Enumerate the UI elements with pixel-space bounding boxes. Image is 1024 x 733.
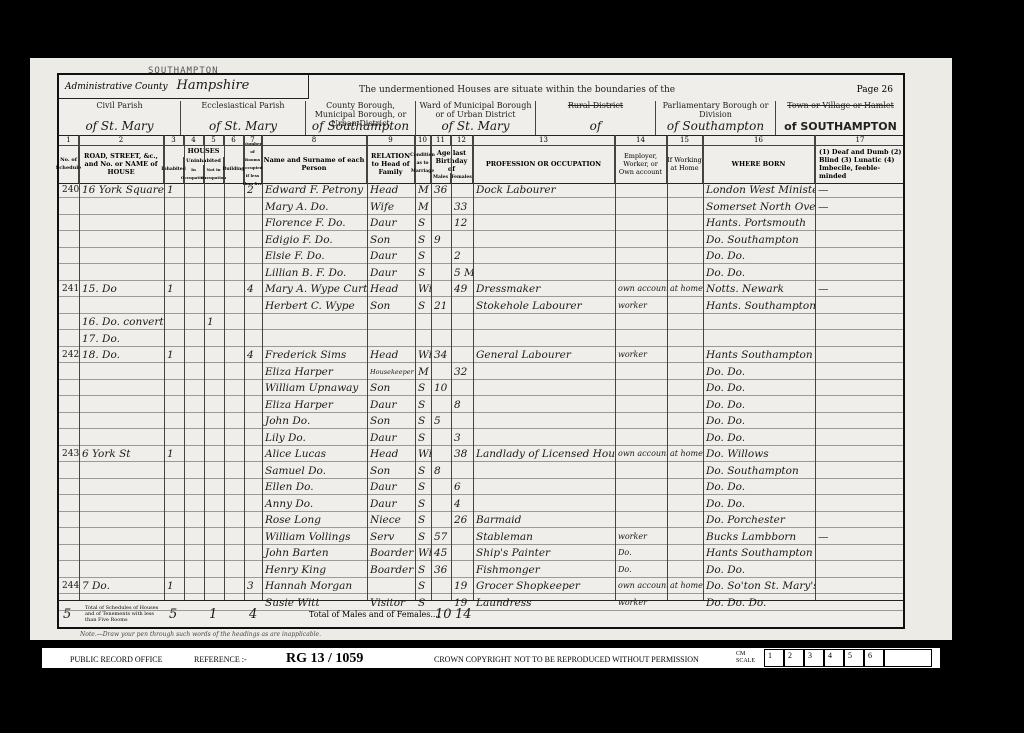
address (79, 431, 164, 445)
inhabited (164, 249, 184, 263)
age-female (451, 546, 473, 560)
employment-status: worker (615, 348, 667, 362)
relation: Head (367, 282, 415, 296)
address (79, 200, 164, 214)
person-name: Frederick Sims (262, 348, 367, 362)
total-uninhabited: 1 (209, 601, 217, 627)
relation: Daur (367, 249, 415, 263)
inhabited (164, 233, 184, 247)
working-at-home (667, 414, 703, 428)
marital-condition: S (415, 299, 431, 313)
age-female (451, 414, 473, 428)
address (79, 233, 164, 247)
age-female: 38 (451, 447, 473, 461)
total-females: 14 (455, 601, 472, 627)
schedule-number (59, 266, 79, 280)
birthplace: Hants Southampton (703, 546, 815, 560)
working-at-home (667, 266, 703, 280)
marital-condition: S (415, 563, 431, 577)
occupation: Stokehole Labourer (473, 299, 615, 313)
employment-status (615, 381, 667, 395)
uninhabited (204, 249, 224, 263)
person-name (262, 332, 367, 346)
birthplace: Do. Do. (703, 480, 815, 494)
person-name: Alice Lucas (262, 447, 367, 461)
marital-condition: S (415, 381, 431, 395)
age-female: 2 (451, 249, 473, 263)
person-name: Samuel Do. (262, 464, 367, 478)
age-male (431, 579, 451, 593)
reference-number: RG 13 / 1059 (286, 651, 363, 667)
employment-status (615, 249, 667, 263)
table-row: 2436 York St1Alice LucasHeadWid38Landlad… (59, 447, 903, 462)
inhabited: 1 (164, 183, 184, 197)
address (79, 563, 164, 577)
age-male (431, 315, 451, 329)
inhabited (164, 480, 184, 494)
totals-label: Total of Schedules of Houses and of Tene… (85, 601, 160, 627)
inhabited: 1 (164, 348, 184, 362)
occupation: Barmaid (473, 513, 615, 527)
inhabited (164, 200, 184, 214)
rooms (244, 200, 262, 214)
birthplace: Do. Southampton (703, 233, 815, 247)
birthplace: Somerset North Oves (703, 200, 815, 214)
working-at-home: at home (667, 579, 703, 593)
age-female (451, 299, 473, 313)
employment-status (615, 513, 667, 527)
infirmity (815, 464, 905, 478)
age-male (431, 365, 451, 379)
age-female: 19 (451, 579, 473, 593)
schedule-number (59, 200, 79, 214)
rural-district: Rural Districtof (536, 101, 656, 135)
relation: Daur (367, 266, 415, 280)
relation (367, 315, 415, 329)
working-at-home (667, 530, 703, 544)
rooms (244, 513, 262, 527)
schedule-number: 240 (59, 183, 79, 197)
inhabited (164, 398, 184, 412)
address: 16. Do. converted into a store (79, 315, 164, 329)
uninhabited (204, 183, 224, 197)
birthplace: Do. So'ton St. Mary's (703, 579, 815, 593)
age-female: 49 (451, 282, 473, 296)
uninhabited (204, 480, 224, 494)
age-male: 10 (431, 381, 451, 395)
infirmity (815, 299, 905, 313)
age-female (451, 233, 473, 247)
occupation (473, 414, 615, 428)
table-row: Ellen Do.DaurS6Do. Do. (59, 480, 903, 495)
rooms (244, 249, 262, 263)
inhabited (164, 266, 184, 280)
employment-status (615, 497, 667, 511)
occupation (473, 365, 615, 379)
occupation (473, 266, 615, 280)
schedule-number (59, 563, 79, 577)
town-village: Town or Village or Hamletof SOUTHAMPTON (776, 101, 905, 135)
infirmity: — (815, 282, 905, 296)
employment-status (615, 414, 667, 428)
infirmity (815, 249, 905, 263)
schedule-number (59, 414, 79, 428)
employment-status (615, 464, 667, 478)
marital-condition: Widr (415, 348, 431, 362)
uninhabited (204, 200, 224, 214)
table-row: Henry KingBoarderS36FishmongerDo.Do. Do. (59, 563, 903, 578)
age-male: 8 (431, 464, 451, 478)
occupation (473, 464, 615, 478)
age-female: 3 (451, 431, 473, 445)
address (79, 299, 164, 313)
birthplace: Do. Do. (703, 365, 815, 379)
marital-condition: S (415, 216, 431, 230)
working-at-home (667, 348, 703, 362)
relation (367, 332, 415, 346)
person-name: Elsie F. Do. (262, 249, 367, 263)
occupation (473, 431, 615, 445)
total-inhabited: 5 (169, 601, 177, 627)
schedule-number (59, 546, 79, 560)
rooms (244, 266, 262, 280)
birthplace: Do. Willows (703, 447, 815, 461)
relation: Daur (367, 480, 415, 494)
employment-status (615, 365, 667, 379)
table-row: John BartenBoarderWidr45Ship's PainterDo… (59, 546, 903, 561)
table-row: 24016 York Square12Edward F. PetronyHead… (59, 183, 903, 198)
infirmity (815, 447, 905, 461)
age-female (451, 348, 473, 362)
schedule-number (59, 464, 79, 478)
marital-condition: S (415, 579, 431, 593)
inhabited (164, 530, 184, 544)
age-female: 4 (451, 497, 473, 511)
birthplace (703, 332, 815, 346)
birthplace: Do. Do. (703, 398, 815, 412)
address: 17. Do. (79, 332, 164, 346)
relation: Boarder (367, 563, 415, 577)
relation: Head (367, 348, 415, 362)
relation: Wife (367, 200, 415, 214)
uninhabited (204, 513, 224, 527)
working-at-home (667, 546, 703, 560)
age-female: 6 (451, 480, 473, 494)
schedule-number (59, 299, 79, 313)
cm-scale: 123 456 (764, 649, 932, 667)
age-male (431, 266, 451, 280)
employment-status: Do. (615, 546, 667, 560)
uninhabited (204, 299, 224, 313)
age-male (431, 398, 451, 412)
occupation (473, 200, 615, 214)
age-female: 8 (451, 398, 473, 412)
infirmity (815, 513, 905, 527)
employment-status (615, 233, 667, 247)
boundary-notice: The undermentioned Houses are situate wi… (359, 85, 675, 95)
person-name: John Do. (262, 414, 367, 428)
occupation (473, 216, 615, 230)
inhabited (164, 563, 184, 577)
occupation (473, 480, 615, 494)
birthplace: Do. Do. (703, 381, 815, 395)
table-row: Eliza HarperDaurS8Do. Do. (59, 398, 903, 413)
address: 18. Do. (79, 348, 164, 362)
person-name: Anny Do. (262, 497, 367, 511)
rooms: 4 (244, 282, 262, 296)
birthplace: Do. Southampton (703, 464, 815, 478)
table-row: John Do.SonS5Do. Do. (59, 414, 903, 429)
birthplace: Notts. Newark (703, 282, 815, 296)
birthplace: Do. Do. (703, 431, 815, 445)
schedule-number (59, 497, 79, 511)
relation (367, 579, 415, 593)
inhabited: 1 (164, 447, 184, 461)
infirmity (815, 348, 905, 362)
birthplace: Do. Porchester (703, 513, 815, 527)
working-at-home (667, 381, 703, 395)
marital-condition: S (415, 233, 431, 247)
rooms (244, 365, 262, 379)
rooms: 2 (244, 183, 262, 197)
schedule-number (59, 233, 79, 247)
person-name: Eliza Harper (262, 365, 367, 379)
working-at-home (667, 464, 703, 478)
table-row: 17. Do. (59, 332, 903, 347)
marital-condition: S (415, 431, 431, 445)
relation: Niece (367, 513, 415, 527)
person-name: Herbert C. Wype (262, 299, 367, 313)
occupation (473, 398, 615, 412)
age-female: 12 (451, 216, 473, 230)
schedule-number (59, 332, 79, 346)
address (79, 381, 164, 395)
working-at-home (667, 299, 703, 313)
form-note: Note.—Draw your pen through such words o… (80, 631, 321, 638)
uninhabited (204, 464, 224, 478)
occupation: Ship's Painter (473, 546, 615, 560)
birthplace (703, 315, 815, 329)
marital-condition: S (415, 249, 431, 263)
rooms (244, 447, 262, 461)
uninhabited (204, 282, 224, 296)
marital-condition: S (415, 497, 431, 511)
schedule-number (59, 431, 79, 445)
age-female (451, 530, 473, 544)
inhabited (164, 216, 184, 230)
working-at-home (667, 497, 703, 511)
employment-status: Do. (615, 563, 667, 577)
relation: Son (367, 233, 415, 247)
age-male (431, 332, 451, 346)
infirmity (815, 480, 905, 494)
address (79, 216, 164, 230)
uninhabited (204, 579, 224, 593)
birthplace: Do. Do. (703, 266, 815, 280)
infirmity (815, 216, 905, 230)
infirmity (815, 315, 905, 329)
infirmity (815, 563, 905, 577)
working-at-home (667, 480, 703, 494)
ecclesiastical-parish: Ecclesiastical Parishof St. Mary (181, 101, 306, 135)
working-at-home (667, 398, 703, 412)
table-row: Rose LongNieceS26BarmaidDo. Porchester (59, 513, 903, 528)
relation: Head (367, 447, 415, 461)
address (79, 480, 164, 494)
infirmity (815, 398, 905, 412)
admin-county-value: Hampshire (177, 78, 250, 93)
marital-condition: S (415, 513, 431, 527)
person-name (262, 315, 367, 329)
address (79, 464, 164, 478)
age-male: 5 (431, 414, 451, 428)
age-male: 34 (431, 348, 451, 362)
table-row: 24218. Do.14Frederick SimsHeadWidr34Gene… (59, 348, 903, 363)
age-male (431, 513, 451, 527)
infirmity: — (815, 183, 905, 197)
office-label: PUBLIC RECORD OFFICE (70, 655, 162, 664)
age-male (431, 216, 451, 230)
occupation: Dock Labourer (473, 183, 615, 197)
inhabited (164, 497, 184, 511)
age-male: 36 (431, 563, 451, 577)
marital-condition: Widr (415, 546, 431, 560)
rooms (244, 464, 262, 478)
infirmity (815, 233, 905, 247)
age-female (451, 183, 473, 197)
age-female (451, 381, 473, 395)
person-name: Lillian B. F. Do. (262, 266, 367, 280)
parliamentary-borough: Parliamentary Borough or Divisionof Sout… (656, 101, 776, 135)
marital-condition: Wid (415, 447, 431, 461)
infirmity: — (815, 530, 905, 544)
census-form: Administrative County Hampshire The unde… (57, 73, 905, 629)
table-row: Herbert C. WypeSonS21Stokehole Labourerw… (59, 299, 903, 314)
schedule-number (59, 315, 79, 329)
uninhabited (204, 381, 224, 395)
table-row: 2447 Do.13Hannah MorganS19Grocer Shopkee… (59, 579, 903, 594)
relation: Daur (367, 497, 415, 511)
birthplace: Do. Do. (703, 497, 815, 511)
total-rooms: 4 (249, 601, 257, 627)
inhabited (164, 365, 184, 379)
schedule-number: 243 (59, 447, 79, 461)
occupation (473, 315, 615, 329)
schedule-number (59, 381, 79, 395)
occupation (473, 381, 615, 395)
person-name: Eliza Harper (262, 398, 367, 412)
table-row: Lillian B. F. Do.DaurS5 MoDo. Do. (59, 266, 903, 281)
person-name: Rose Long (262, 513, 367, 527)
occupation: Dressmaker (473, 282, 615, 296)
employment-status: own account (615, 447, 667, 461)
occupation (473, 233, 615, 247)
occupation (473, 249, 615, 263)
working-at-home (667, 315, 703, 329)
rooms: 3 (244, 579, 262, 593)
form-header: Administrative County Hampshire The unde… (59, 75, 903, 135)
relation: Head (367, 183, 415, 197)
uninhabited (204, 365, 224, 379)
employment-status (615, 183, 667, 197)
table-row: Lily Do.DaurS3Do. Do. (59, 431, 903, 446)
address (79, 249, 164, 263)
working-at-home (667, 233, 703, 247)
inhabited (164, 464, 184, 478)
age-male: 21 (431, 299, 451, 313)
age-female (451, 464, 473, 478)
archive-footer: PUBLIC RECORD OFFICE REFERENCE :- RG 13 … (42, 645, 940, 671)
schedule-number (59, 216, 79, 230)
infirmity (815, 431, 905, 445)
employment-status (615, 200, 667, 214)
schedule-number: 242 (59, 348, 79, 362)
age-male: 36 (431, 183, 451, 197)
occupation: Fishmonger (473, 563, 615, 577)
rooms (244, 216, 262, 230)
copyright-label: CROWN COPYRIGHT (434, 655, 512, 664)
birthplace: Do. Do. (703, 563, 815, 577)
schedule-number: 241 (59, 282, 79, 296)
inhabited (164, 381, 184, 395)
table-row: Anny Do.DaurS4Do. Do. (59, 497, 903, 512)
infirmity (815, 579, 905, 593)
table-row: Edigio F. Do.SonS9Do. Southampton (59, 233, 903, 248)
address (79, 497, 164, 511)
marital-condition (415, 315, 431, 329)
employment-status (615, 216, 667, 230)
marital-condition: Wid (415, 282, 431, 296)
uninhabited (204, 563, 224, 577)
person-name: Florence F. Do. (262, 216, 367, 230)
marital-condition: S (415, 398, 431, 412)
working-at-home (667, 183, 703, 197)
inhabited (164, 315, 184, 329)
employment-status (615, 480, 667, 494)
relation: Boarder (367, 546, 415, 560)
working-at-home: at home (667, 282, 703, 296)
working-at-home (667, 216, 703, 230)
rooms (244, 332, 262, 346)
infirmity (815, 266, 905, 280)
rooms (244, 299, 262, 313)
rooms (244, 414, 262, 428)
rooms (244, 563, 262, 577)
ward: Ward of Municipal Borough or of Urban Di… (416, 101, 536, 135)
birthplace: Do. Do. (703, 414, 815, 428)
inhabited: 1 (164, 579, 184, 593)
uninhabited (204, 447, 224, 461)
person-name: Hannah Morgan (262, 579, 367, 593)
schedule-number (59, 480, 79, 494)
age-male: 57 (431, 530, 451, 544)
age-female: 5 Mo (451, 266, 473, 280)
occupation: Grocer Shopkeeper (473, 579, 615, 593)
age-male: 45 (431, 546, 451, 560)
schedule-number (59, 513, 79, 527)
table-row: Mary A. Do.WifeM33Somerset North Oves— (59, 200, 903, 215)
schedule-number (59, 530, 79, 544)
birthplace: Hants. Portsmouth (703, 216, 815, 230)
age-male (431, 249, 451, 263)
inhabited (164, 299, 184, 313)
birthplace: Hants. Southampton (703, 299, 815, 313)
marital-condition: S (415, 266, 431, 280)
persons-total-label: Total of Males and of Females.... (309, 601, 441, 627)
age-male (431, 497, 451, 511)
rooms (244, 398, 262, 412)
relation: Son (367, 381, 415, 395)
